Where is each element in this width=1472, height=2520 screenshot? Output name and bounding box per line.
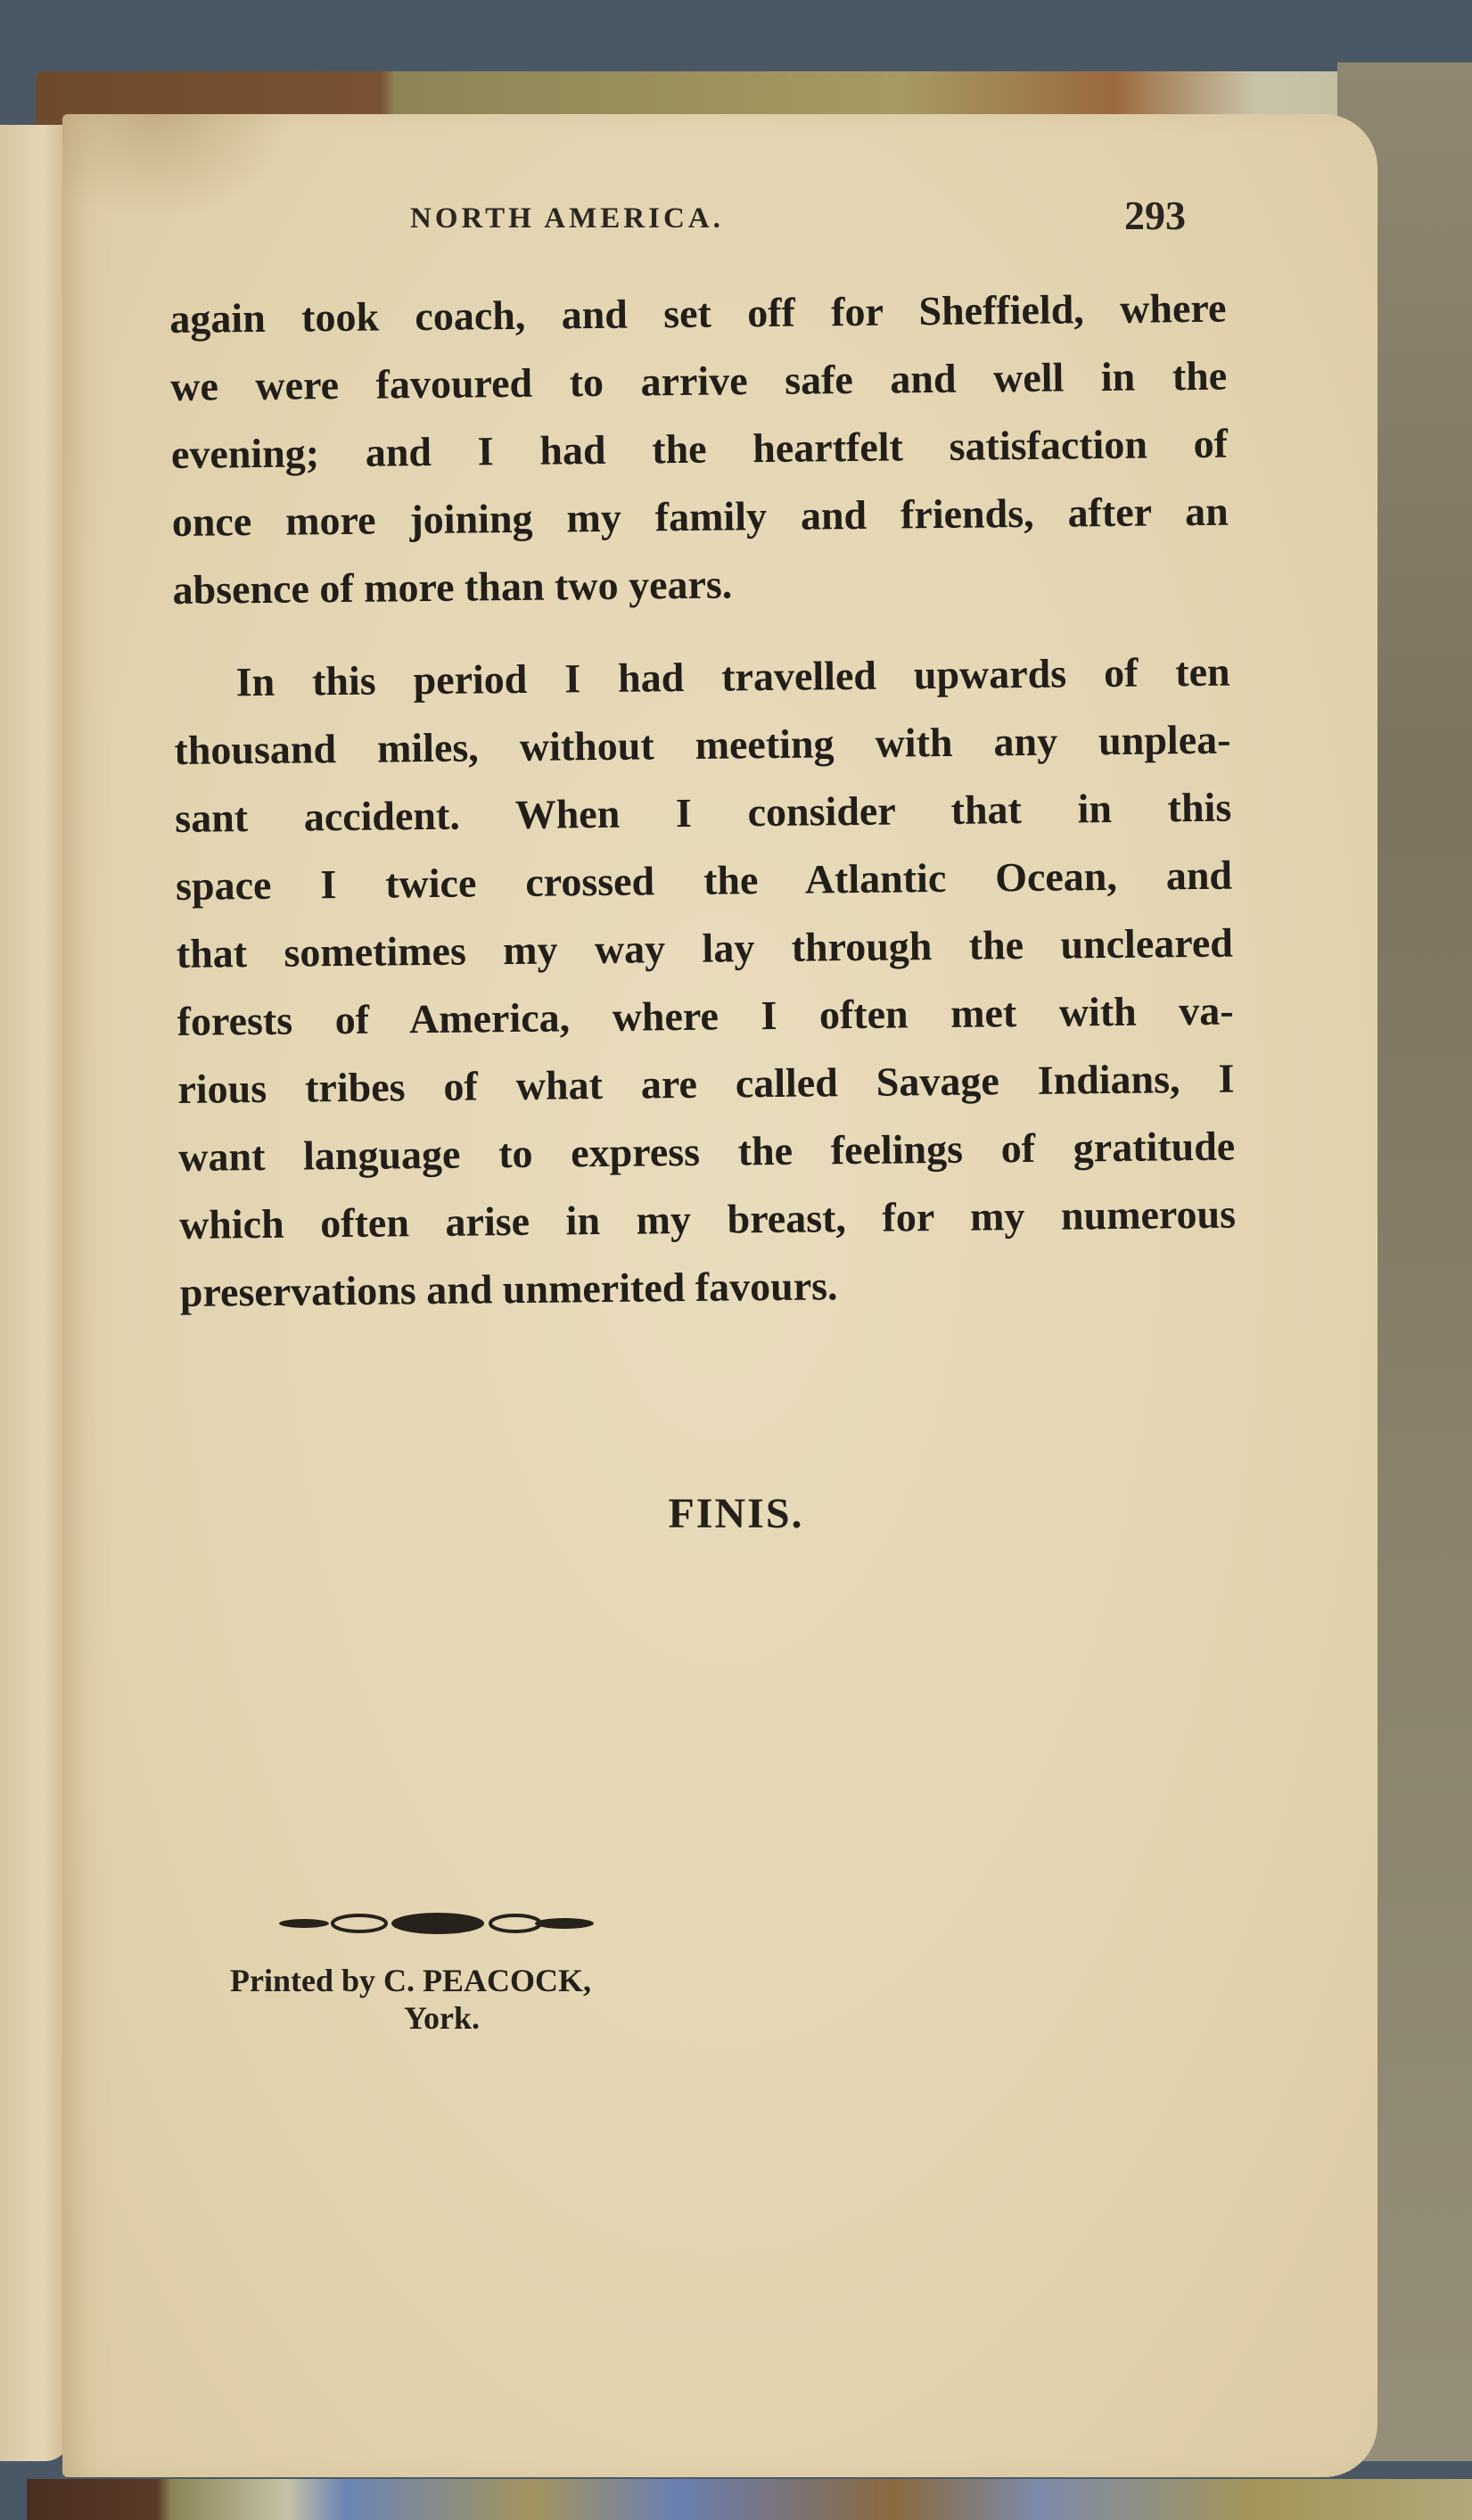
text-line: space I twice crossed the Atlantic Ocean… (176, 842, 1233, 920)
text-line: we were favoured to arrive safe and well… (170, 342, 1228, 421)
text-line: In this period I had travelled upwards o… (173, 638, 1230, 717)
body-text: again took coach, and set off for Sheffi… (169, 275, 1237, 1327)
imprint-printer: Printed by C. PEACOCK, (230, 1962, 729, 1999)
imprint-place: York. (230, 1999, 729, 2037)
text-line: sant accident. When I consider that in t… (175, 774, 1232, 852)
text-line: that sometimes my way lay through the un… (176, 910, 1233, 988)
paragraph-2: In this period I had travelled upwards o… (173, 638, 1237, 1327)
text-line: once more joining my family and friends,… (171, 478, 1229, 556)
text-line: rious tribes of what are called Savage I… (177, 1045, 1235, 1124)
text-line: forests of America, where I often met wi… (177, 977, 1234, 1056)
book-cover-bottom-edge (27, 2479, 1472, 2520)
printers-ornament-icon (279, 1910, 596, 1937)
text-line: again took coach, and set off for Sheffi… (169, 275, 1227, 353)
text-line: preservations and unmerited favours. (179, 1248, 1237, 1327)
finis-heading: FINIS. (0, 1489, 1472, 1538)
text-line: absence of more than two years. (172, 546, 1229, 624)
text-line: thousand miles, without meeting with any… (174, 706, 1231, 785)
printer-imprint: Printed by C. PEACOCK, York. (230, 1962, 729, 2037)
page-number: 293 (1124, 192, 1186, 239)
text-line: want language to express the feelings of… (178, 1113, 1236, 1191)
facing-page-edge (0, 125, 71, 2461)
text-line: evening; and I had the heartfelt satisfa… (171, 410, 1229, 489)
running-head: NORTH AMERICA. (410, 202, 724, 235)
paragraph-1: again took coach, and set off for Sheffi… (169, 275, 1229, 624)
text-line: which often arise in my breast, for my n… (179, 1181, 1237, 1259)
page-header: NORTH AMERICA. 293 (410, 192, 1213, 245)
